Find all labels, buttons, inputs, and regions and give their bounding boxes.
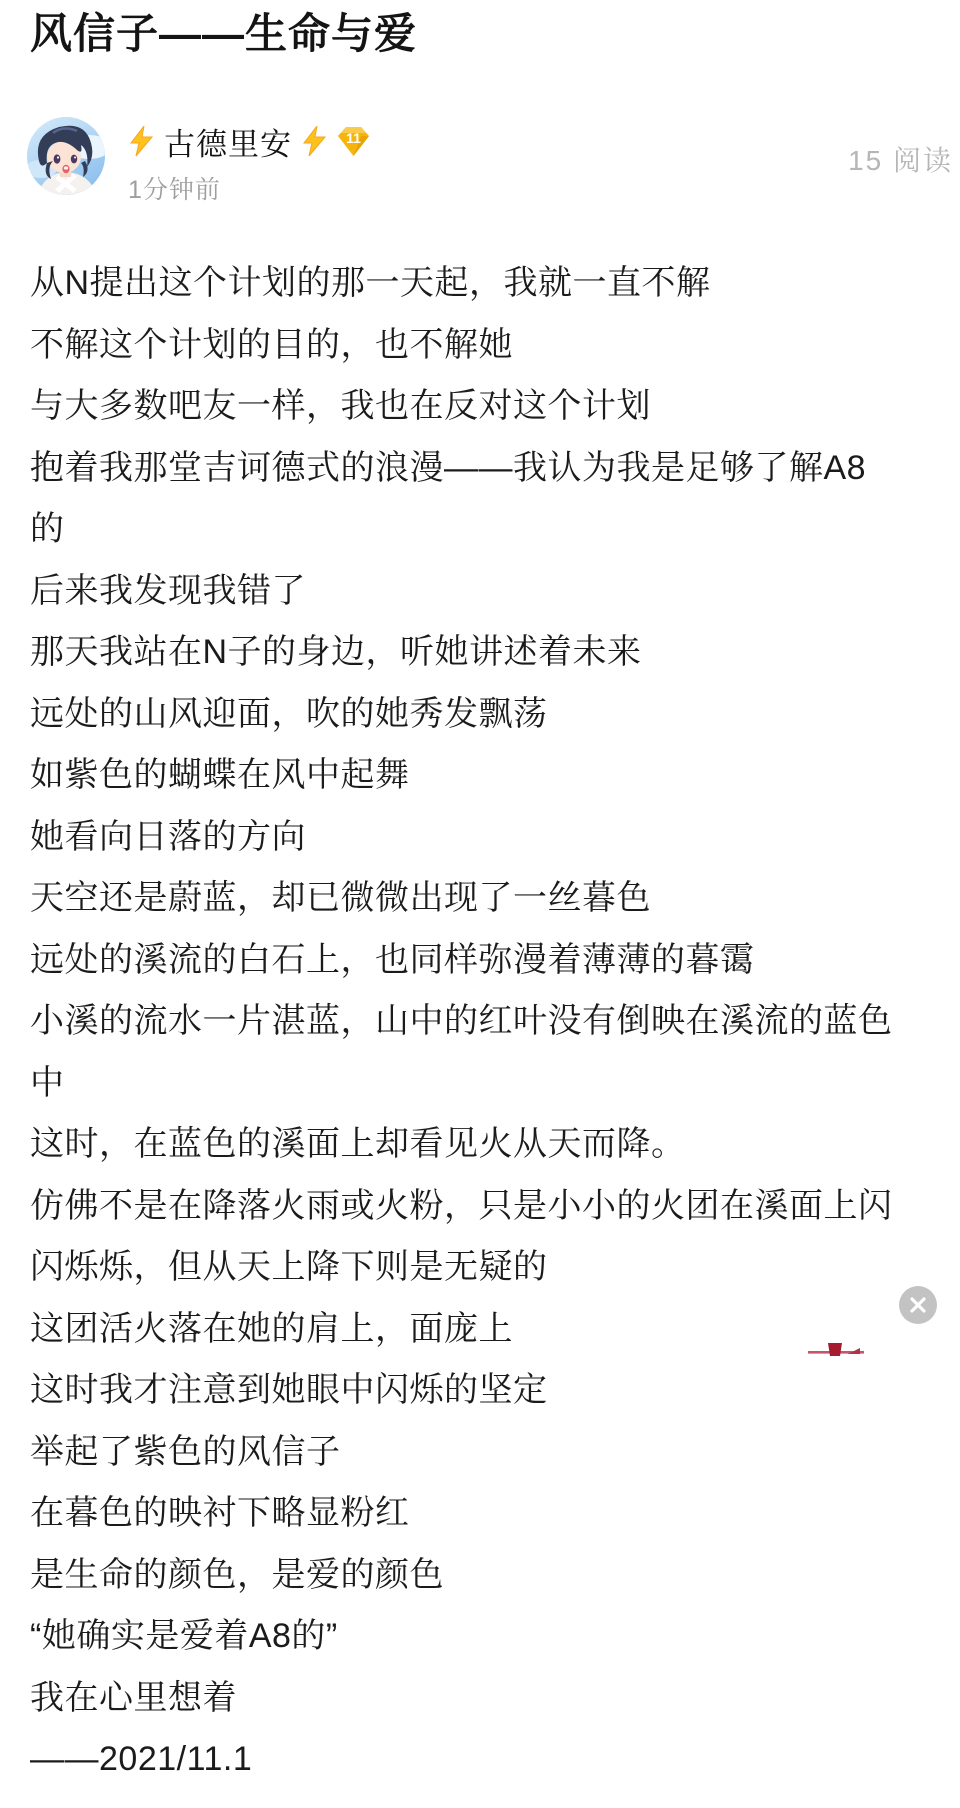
post-timestamp: 1分钟前 bbox=[128, 170, 221, 206]
post-line: 中 bbox=[30, 1053, 936, 1115]
post-page: 风信子——生命与爱 bbox=[0, 0, 960, 1808]
post-line: 如紫色的蝴蝶在风中起舞 bbox=[30, 745, 936, 807]
post-body: 从N提出这个计划的那一天起，我就一直不解不解这个计划的目的，也不解她与大多数吧友… bbox=[30, 253, 936, 1791]
post-line: 我在心里想着 bbox=[30, 1668, 936, 1730]
post-line: 这时我才注意到她眼中闪烁的坚定 bbox=[30, 1360, 936, 1422]
post-line: 后来我发现我错了 bbox=[30, 561, 936, 623]
post-line: 闪烁烁，但从天上降下则是无疑的 bbox=[30, 1237, 936, 1299]
post-line: 抱着我那堂吉诃德式的浪漫——我认为我是足够了解A8 bbox=[30, 438, 936, 500]
lightning-icon bbox=[128, 125, 155, 157]
post-line: 举起了紫色的风信子 bbox=[30, 1422, 936, 1484]
post-line: 与大多数吧友一样，我也在反对这个计划 bbox=[30, 376, 936, 438]
page-title: 风信子——生命与爱 bbox=[30, 6, 930, 62]
post-line: 这时，在蓝色的溪面上却看见火从天而降。 bbox=[30, 1114, 936, 1176]
post-line: 这团活火落在她的肩上，面庞上 bbox=[30, 1299, 936, 1361]
author-name-row[interactable]: 古德里安 11 bbox=[128, 122, 370, 160]
post-line: 她看向日落的方向 bbox=[30, 807, 936, 869]
lightning-icon bbox=[301, 125, 328, 157]
post-line: ——2021/11.1 bbox=[30, 1729, 936, 1791]
post-line: 不解这个计划的目的，也不解她 bbox=[30, 315, 936, 377]
post-line: 远处的溪流的白石上，也同样弥漫着薄薄的暮霭 bbox=[30, 930, 936, 992]
post-line: 天空还是蔚蓝，却已微微出现了一丝暮色 bbox=[30, 868, 936, 930]
post-line: 从N提出这个计划的那一天起，我就一直不解 bbox=[30, 253, 936, 315]
post-line: 仿佛不是在降落火雨或火粉，只是小小的火团在溪面上闪 bbox=[30, 1176, 936, 1238]
avatar-image bbox=[27, 117, 105, 195]
post-line: 那天我站在N子的身边，听她讲述着未来 bbox=[30, 622, 936, 684]
read-count: 15 阅读 bbox=[848, 139, 953, 179]
post-line: 小溪的流水一片湛蓝，山中的红叶没有倒映在溪流的蓝色 bbox=[30, 991, 936, 1053]
level-badge: 11 bbox=[337, 126, 370, 157]
post-line: 的 bbox=[30, 499, 936, 561]
post-line: 是生命的颜色，是爱的颜色 bbox=[30, 1545, 936, 1607]
close-button[interactable] bbox=[899, 1286, 937, 1324]
post-line: “她确实是爱着A8的” bbox=[30, 1606, 936, 1668]
level-number: 11 bbox=[337, 130, 370, 146]
post-line: 远处的山风迎面，吹的她秀发飘荡 bbox=[30, 684, 936, 746]
red-watermark-fragment bbox=[808, 1341, 880, 1363]
avatar[interactable] bbox=[27, 117, 105, 195]
author-name: 古德里安 bbox=[164, 119, 292, 164]
close-icon bbox=[908, 1295, 928, 1315]
post-line: 在暮色的映衬下略显粉红 bbox=[30, 1483, 936, 1545]
